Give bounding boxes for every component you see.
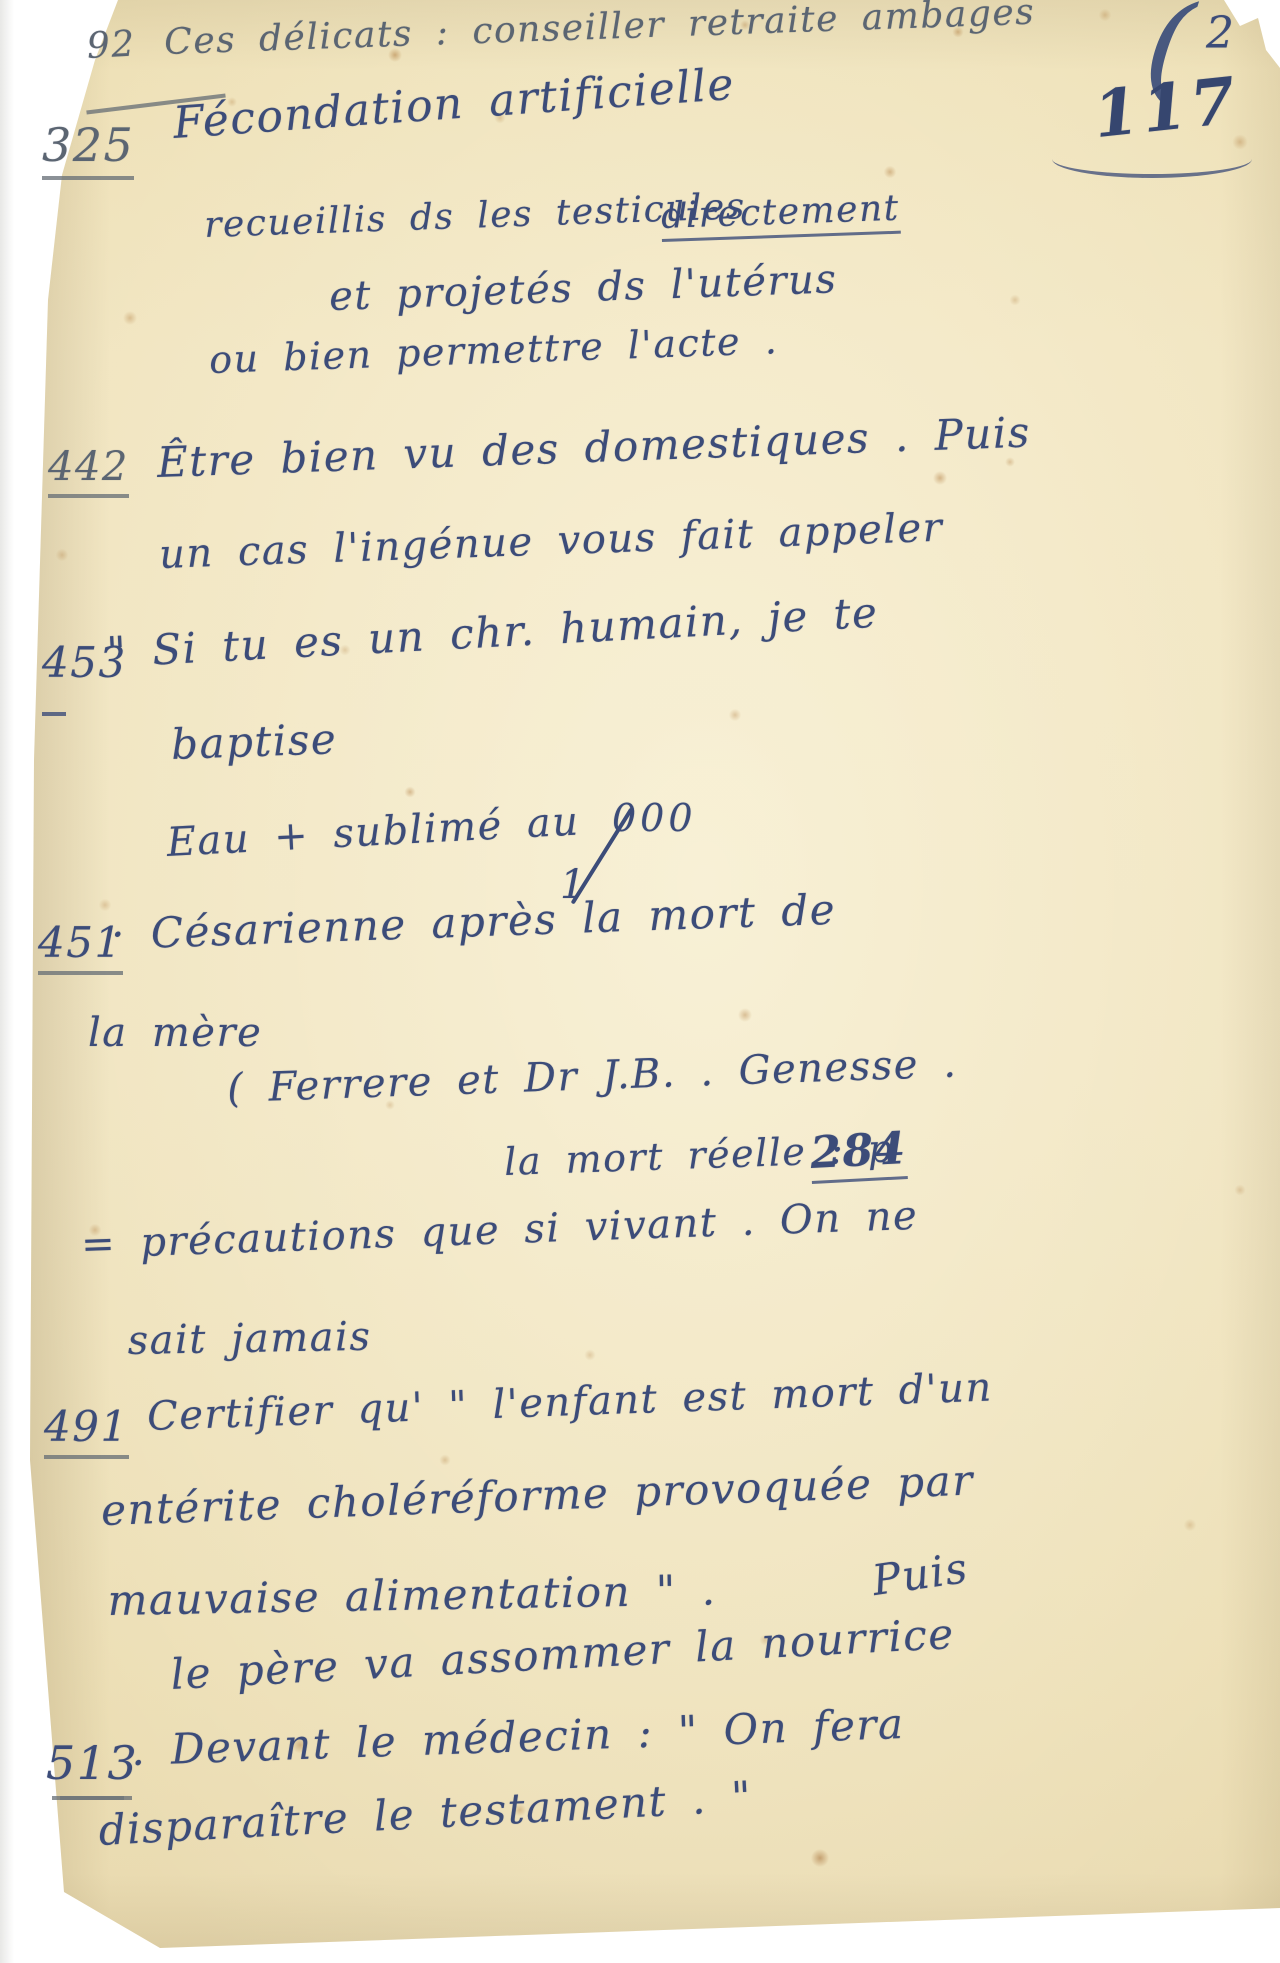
entry-451-page-ref: 284 — [809, 1123, 908, 1184]
entry-453-line-2: baptise — [170, 714, 338, 769]
page-number-underline — [1052, 140, 1252, 178]
entry-442-number: 442 — [48, 444, 129, 498]
entry-513-number: 513 — [46, 1736, 138, 1796]
fraction-denominator: 000 — [612, 796, 697, 840]
entry-491-number: 491 — [44, 1402, 129, 1459]
entry-451-line-2: la mère — [88, 1010, 262, 1056]
entry-453-dash — [42, 712, 66, 716]
header-ref: 92 — [86, 24, 137, 67]
entry-451-line-6: sait jamais — [127, 1314, 372, 1364]
scanned-page: 92 Ces délicats : conseiller retraite am… — [0, 0, 1280, 1963]
corner-index: 2 — [1206, 8, 1236, 59]
entry-325-line-1-underlined-word: directement — [660, 188, 900, 242]
entry-325-number: 325 — [42, 118, 134, 180]
